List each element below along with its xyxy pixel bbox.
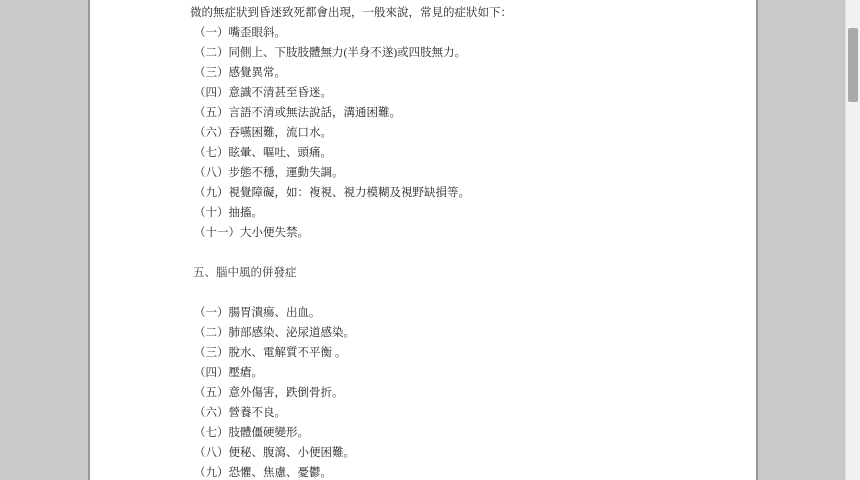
symptom-list: （一）嘴歪眼斜。（二）同側上、下肢肢體無力(半身不遂)或四肢無力。（三）感覺異常… — [190, 23, 756, 243]
complication-line: （二）肺部感染、泌尿道感染。 — [190, 323, 756, 343]
symptom-line: （十一）大小便失禁。 — [190, 223, 756, 243]
complication-line: （八）便秘、腹瀉、小便困難。 — [190, 443, 756, 463]
complication-list: （一）腸胃潰瘍、出血。（二）肺部感染、泌尿道感染。（三）脫水、電解質不平衡 。（… — [190, 303, 756, 480]
complication-line: （七）肢體僵硬變形。 — [190, 423, 756, 443]
complication-line: （一）腸胃潰瘍、出血。 — [190, 303, 756, 323]
complication-line: （九）恐懼、焦慮、憂鬱。 — [190, 463, 756, 480]
complication-line: （五）意外傷害，跌倒骨折。 — [190, 383, 756, 403]
symptom-line: （七）眩暈、嘔吐、頭痛。 — [190, 143, 756, 163]
symptom-line: （八）步態不穩，運動失調。 — [190, 163, 756, 183]
document-page: 微的無症狀到昏迷致死都會出現，一般來說，常見的症狀如下： （一）嘴歪眼斜。（二）… — [88, 0, 758, 480]
symptom-line: （六）吞嚥困難，流口水。 — [190, 123, 756, 143]
complication-line: （六）營養不良。 — [190, 403, 756, 423]
document-viewport: 微的無症狀到昏迷致死都會出現，一般來說，常見的症狀如下： （一）嘴歪眼斜。（二）… — [0, 0, 860, 480]
symptom-line: （一）嘴歪眼斜。 — [190, 23, 756, 43]
paragraph-line: 微的無症狀到昏迷致死都會出現，一般來說，常見的症狀如下： — [190, 3, 756, 23]
symptom-line: （三）感覺異常。 — [190, 63, 756, 83]
symptom-line: （四）意識不清甚至昏迷。 — [190, 83, 756, 103]
scrollbar-track[interactable] — [845, 0, 860, 480]
scrollbar-thumb[interactable] — [848, 28, 858, 102]
symptom-line: （二）同側上、下肢肢體無力(半身不遂)或四肢無力。 — [190, 43, 756, 63]
symptom-line: （九）視覺障礙，如：複視、視力模糊及視野缺損等。 — [190, 183, 756, 203]
symptom-line: （十）抽搐。 — [190, 203, 756, 223]
complication-line: （四）壓瘡。 — [190, 363, 756, 383]
complication-line: （三）脫水、電解質不平衡 。 — [190, 343, 756, 363]
section-heading: 五、腦中風的併發症 — [190, 263, 756, 283]
symptom-line: （五）言語不清或無法說話，溝通困難。 — [190, 103, 756, 123]
document-content: 微的無症狀到昏迷致死都會出現，一般來說，常見的症狀如下： （一）嘴歪眼斜。（二）… — [90, 0, 756, 480]
